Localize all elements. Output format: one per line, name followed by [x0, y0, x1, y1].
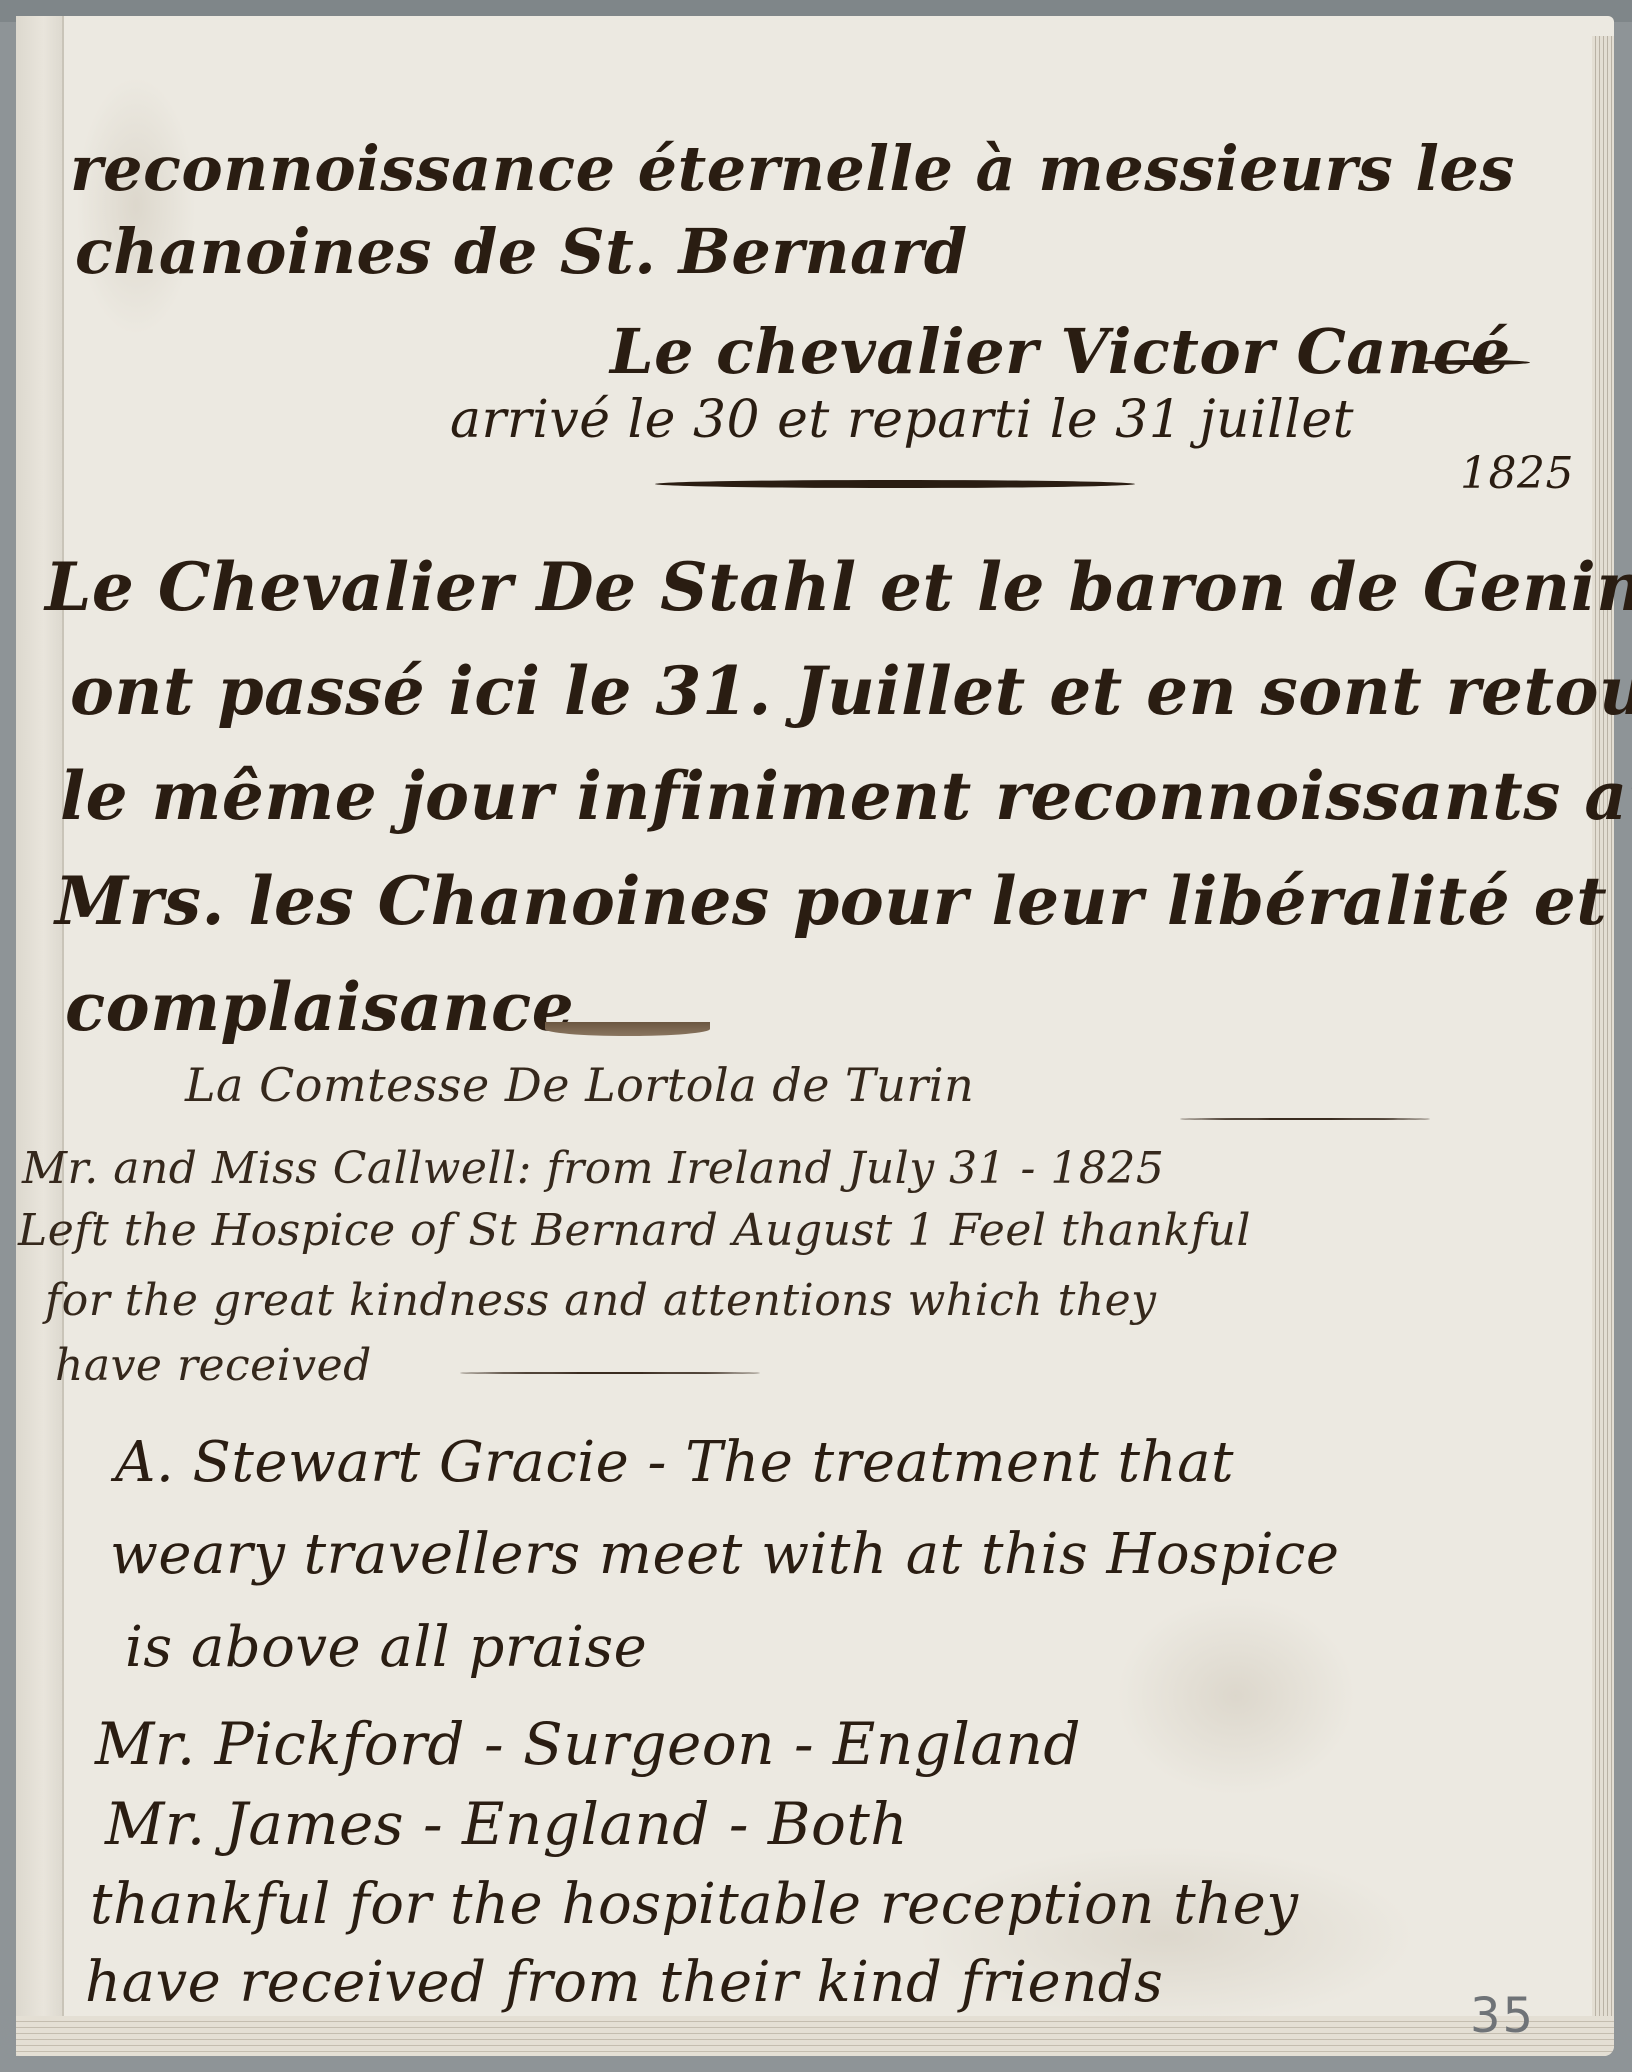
entry-4-line-1: La Comtesse De Lortola de Turin — [185, 1058, 974, 1112]
entry-3-line-4: Mrs. les Chanoines pour leur libéralité … — [55, 862, 1607, 940]
paper-stain — [1116, 1596, 1356, 1796]
entry-7-line-1: Mr. Pickford - Surgeon - England — [95, 1710, 1081, 1778]
entry-3-line-1: Le Chevalier De Stahl et le baron de Gen… — [45, 548, 1632, 626]
entry-7-line-4: have received from their kind friends — [85, 1950, 1163, 2015]
entry-2-line-2: arrivé le 30 et reparti le 31 juillet — [450, 390, 1354, 450]
separator-rule — [1180, 1118, 1430, 1120]
entry-6-line-2: weary travellers meet with at this Hospi… — [110, 1522, 1340, 1587]
entry-6-line-3: is above all praise — [125, 1615, 647, 1680]
entry-7-line-3: thankful for the hospitable reception th… — [90, 1872, 1298, 1937]
entry-1-line-1: reconnoissance éternelle à messieurs les — [70, 132, 1515, 205]
signature-flourish — [1420, 360, 1530, 365]
page-edges-bottom — [16, 2016, 1614, 2056]
entry-3-line-5: complaisance — [65, 968, 574, 1046]
separator-rule — [460, 1372, 760, 1374]
paper-stain — [76, 76, 196, 336]
separator-rule — [655, 480, 1135, 488]
entry-2-year: 1825 — [1460, 448, 1574, 499]
entry-6-line-1: A. Stewart Gracie - The treatment that — [115, 1430, 1234, 1495]
entry-5-line-4: have received — [55, 1340, 372, 1391]
entry-5-line-2: Left the Hospice of St Bernard August 1 … — [18, 1205, 1251, 1256]
page-number: 35 — [1470, 1988, 1535, 2044]
page-edges-right — [1592, 36, 1614, 2046]
entry-3-line-3: le même jour infiniment reconnoissants a… — [60, 757, 1632, 835]
entry-5-line-3: for the great kindness and attentions wh… — [45, 1275, 1157, 1326]
entry-2-signature: Le chevalier Victor Cancé — [610, 315, 1511, 388]
binding-gutter — [16, 16, 64, 2056]
entry-7-line-2: Mr. James - England - Both — [105, 1790, 908, 1858]
entry-3-line-2: ont passé ici le 31. Juillet et en sont … — [70, 652, 1632, 730]
ink-blot — [545, 1022, 710, 1036]
entry-1-line-2: chanoines de St. Bernard — [75, 215, 968, 288]
entry-5-line-1: Mr. and Miss Callwell: from Ireland July… — [22, 1143, 1164, 1194]
